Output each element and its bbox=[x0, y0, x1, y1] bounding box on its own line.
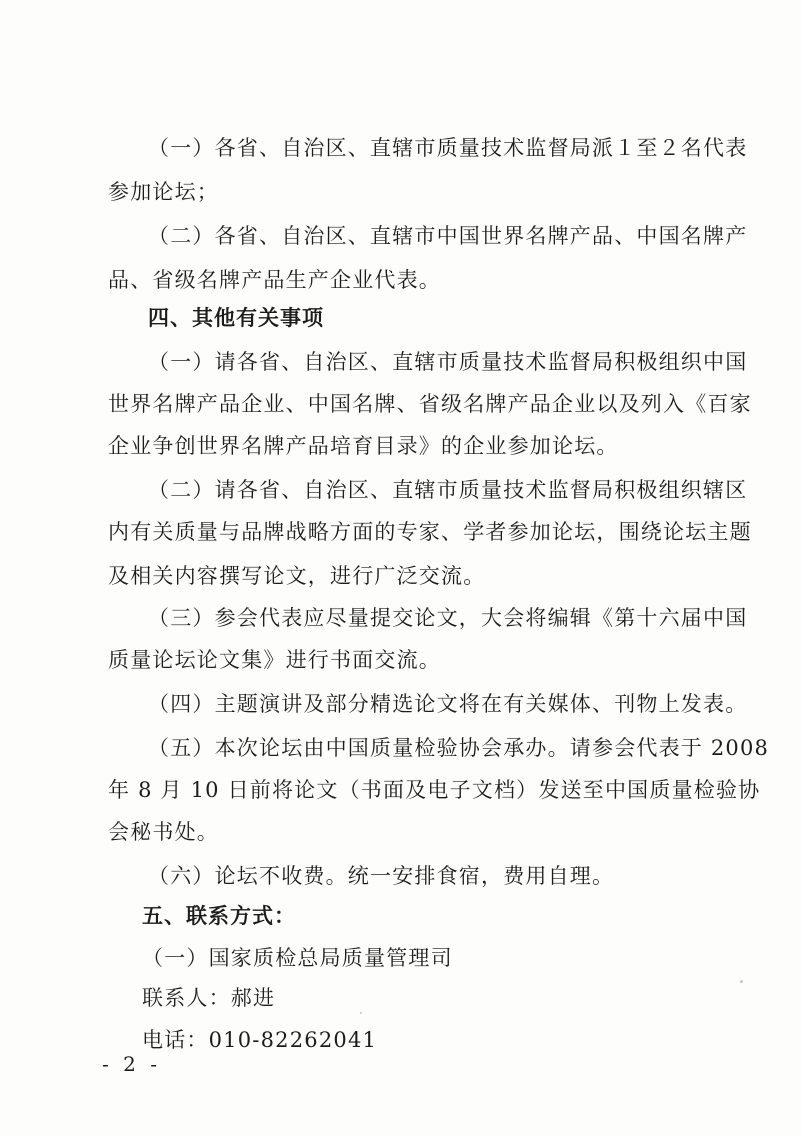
text-line: 企业争创世界名牌产品培育目录》的企业参加论坛。 bbox=[108, 432, 619, 460]
text-line: （五）本次论坛由中国质量检验协会承办。请参会代表于 2008 bbox=[148, 734, 769, 762]
text-line: 内有关质量与品牌战略方面的专家、学者参加论坛，围绕论坛主题 bbox=[108, 518, 752, 546]
text-line: 及相关内容撰写论文，进行广泛交流。 bbox=[108, 562, 485, 590]
text-line: （二）请各省、自治区、直辖市质量技术监督局积极组织辖区 bbox=[148, 476, 747, 504]
text-line: （三）参会代表应尽量提交论文，大会将编辑《第十六届中国 bbox=[148, 604, 747, 632]
page-number: - 2 - bbox=[102, 1052, 161, 1076]
text-line: 联系人：郝进 bbox=[142, 984, 275, 1012]
text-line: 世界名牌产品企业、中国名牌、省级名牌产品企业以及列入《百家 bbox=[108, 390, 752, 418]
text-line: 参加论坛； bbox=[108, 178, 219, 206]
text-line: 年 8 月 10 日前将论文（书面及电子文档）发送至中国质量检验协 bbox=[108, 776, 760, 804]
text-line: （一）各省、自治区、直辖市质量技术监督局派１至２名代表 bbox=[148, 134, 747, 162]
document-page: - 2 - （一）各省、自治区、直辖市质量技术监督局派１至２名代表参加论坛；（二… bbox=[0, 0, 802, 1136]
text-line: （四）主题演讲及部分精选论文将在有关媒体、刊物上发表。 bbox=[148, 690, 747, 718]
section-heading: 五、联系方式： bbox=[142, 902, 296, 930]
text-line: （二）各省、自治区、直辖市中国世界名牌产品、中国名牌产 bbox=[148, 222, 747, 250]
section-heading: 四、其他有关事项 bbox=[148, 304, 324, 332]
scan-speck bbox=[740, 980, 743, 983]
text-line: （一）国家质检总局质量管理司 bbox=[142, 944, 453, 972]
text-line: 电话：010-82262041 bbox=[142, 1026, 377, 1054]
text-line: （一）请各省、自治区、直辖市质量技术监督局积极组织中国 bbox=[148, 348, 747, 376]
text-line: 品、省级名牌产品生产企业代表。 bbox=[108, 266, 441, 294]
text-line: （六）论坛不收费。统一安排食宿，费用自理。 bbox=[148, 862, 614, 890]
scan-speck bbox=[360, 1012, 362, 1014]
text-line: 质量论坛论文集》进行书面交流。 bbox=[108, 646, 441, 674]
text-line: 会秘书处。 bbox=[108, 818, 219, 846]
